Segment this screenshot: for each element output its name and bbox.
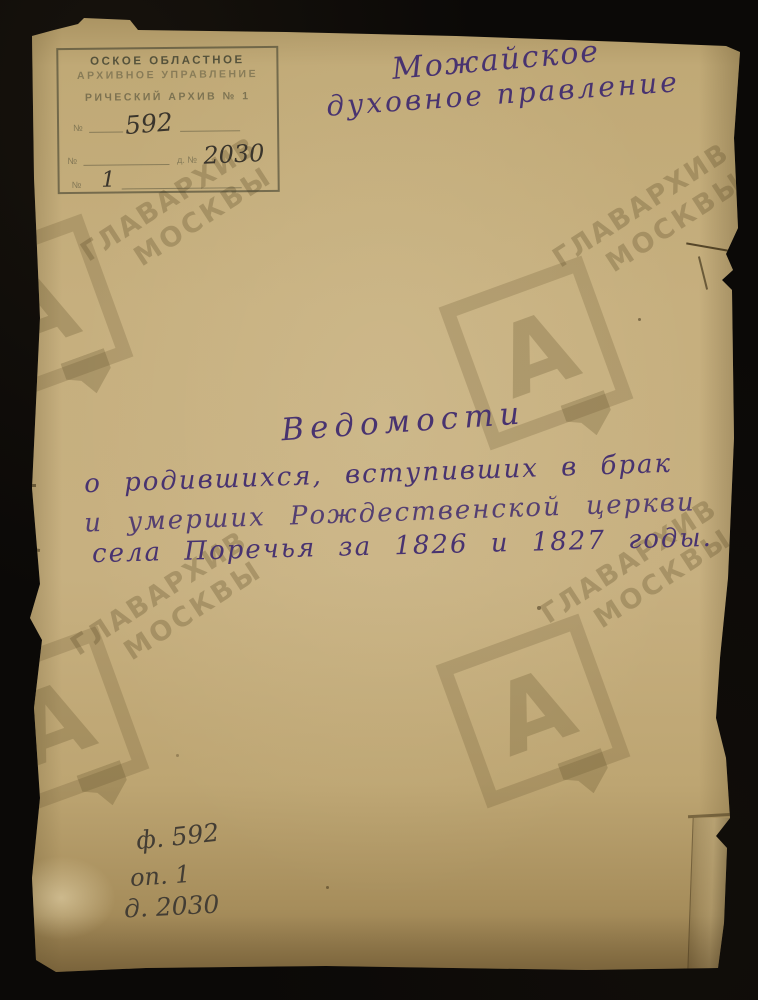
numero-sign: № [72,180,82,190]
stamp-rule [83,152,169,166]
speck [537,606,541,610]
numero-sign: № [73,123,83,133]
speck [176,754,179,757]
glavarkhiv-logo-icon: А [26,626,149,821]
stamp-rule [180,118,240,132]
glavarkhiv-logo-icon: А [26,214,133,409]
watermark-line2: МОСКВЫ [601,156,742,279]
reference-opis: оп. 1 [129,862,191,890]
stamp-item-row: № 1 [72,168,242,190]
paper-sheet: ГЛАВАРХИВ МОСКВЫ ГЛАВАРХИВ МОСКВЫ ГЛАВАР… [26,18,742,976]
tear-mark [686,242,728,251]
stamp-delo-row: № д. № 2030 [67,142,264,166]
stamp-line1: ОСКОЕ ОБЛАСТНОЕ [58,54,276,68]
item-number: 1 [101,170,115,192]
stamp-line3: РИЧЕСКИЙ АРХИВ № 1 [59,90,277,104]
logo-letter: А [481,654,586,772]
speck [638,318,641,321]
stamp-line2: АРХИВНОЕ УПРАВЛЕНИЕ [58,68,276,82]
speck [326,886,329,889]
watermark-line1: ГЛАВАРХИВ [547,128,742,274]
reference-fond: ф. 592 [135,820,220,854]
stamp-fond-row: № 592 [73,110,241,133]
stamp-rule [121,175,241,189]
fond-number: 592 [124,109,174,138]
delo-label: д. № [177,155,197,165]
tear-mark [698,256,708,289]
watermark-text: ГЛАВАРХИВ МОСКВЫ [547,128,742,301]
archive-stamp: ОСКОЕ ОБЛАСТНОЕ АРХИВНОЕ УПРАВЛЕНИЕ РИЧЕ… [56,46,280,194]
glavarkhiv-logo-icon: А [436,614,631,809]
title-line1: Ведомости [280,397,522,448]
numero-sign: № [67,156,77,166]
delo-number: 2030 [202,141,264,168]
stamp-rule [89,119,123,132]
